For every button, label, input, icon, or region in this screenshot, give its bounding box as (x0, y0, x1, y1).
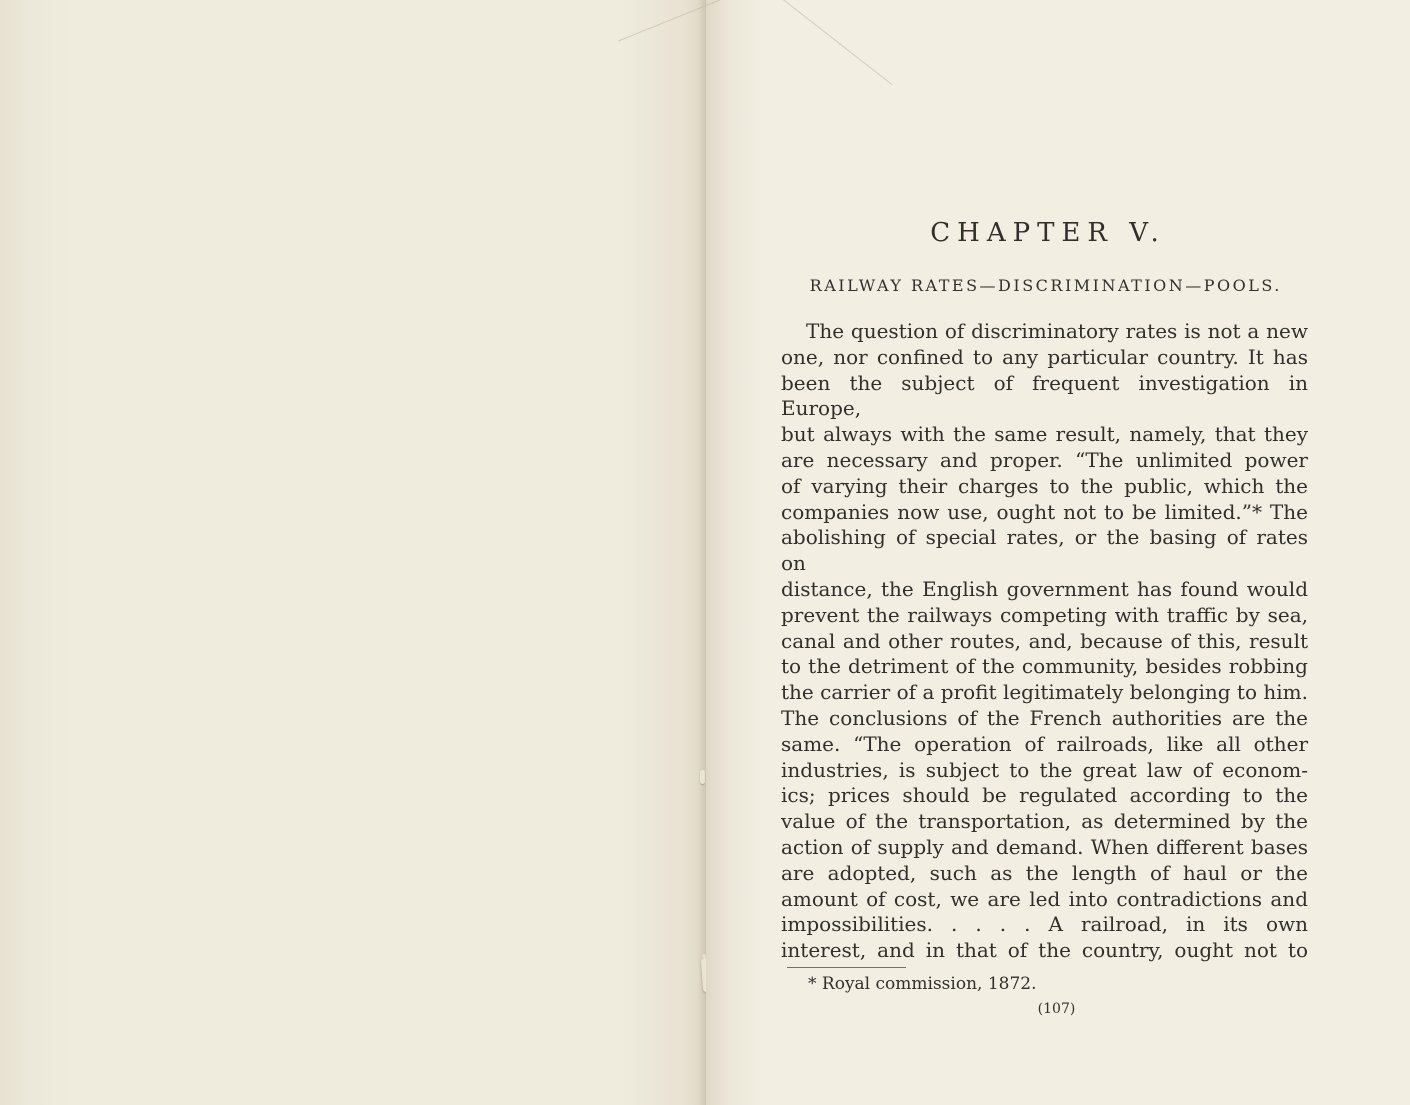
page-number: (107) (793, 1001, 1320, 1017)
text-line: industries, is subject to the great law … (781, 758, 1308, 784)
text-line: but always with the same result, namely,… (781, 422, 1308, 448)
text-line: ics; prices should be regulated accordin… (781, 783, 1308, 809)
text-line: to the detriment of the community, besid… (781, 654, 1308, 680)
text-line: prevent the railways competing with traf… (781, 603, 1308, 629)
text-line: the carrier of a profit legitimately bel… (781, 680, 1308, 706)
text-line: value of the transportation, as determin… (781, 809, 1308, 835)
text-line: action of supply and demand. When differ… (781, 835, 1308, 861)
text-line: The question of discriminatory rates is … (781, 319, 1308, 345)
text-line: of varying their charges to the public, … (781, 474, 1308, 500)
book-scan: CHAPTER V. RAILWAY RATES—DISCRIMINATION—… (0, 0, 1410, 1105)
text-line: impossibilities. . . . . A railroad, in … (781, 912, 1308, 938)
text-line: one, nor confined to any particular coun… (781, 345, 1308, 371)
footnote: * Royal commission, 1872. (781, 974, 1308, 994)
body-text: The question of discriminatory rates is … (781, 319, 1308, 964)
text-line: same. “The operation of railroads, like … (781, 732, 1308, 758)
text-line: are adopted, such as the length of haul … (781, 861, 1308, 887)
text-line: companies now use, ought not to be limit… (781, 500, 1308, 526)
text-line: abolishing of special rates, or the basi… (781, 525, 1308, 577)
text-line: canal and other routes, and, because of … (781, 629, 1308, 655)
chapter-heading: CHAPTER V. (781, 219, 1308, 247)
right-page: CHAPTER V. RAILWAY RATES—DISCRIMINATION—… (706, 0, 1410, 1105)
printed-content: CHAPTER V. RAILWAY RATES—DISCRIMINATION—… (781, 0, 1308, 1017)
text-line: The conclusions of the French authoritie… (781, 706, 1308, 732)
binding-thread-upper (700, 770, 705, 784)
text-line: interest, and in that of the country, ou… (781, 938, 1308, 964)
text-line: been the subject of frequent investigati… (781, 371, 1308, 423)
footnote-rule (787, 967, 906, 968)
chapter-subtitle: RAILWAY RATES—DISCRIMINATION—POOLS. (781, 277, 1308, 295)
text-line: distance, the English government has fou… (781, 577, 1308, 603)
text-line: are necessary and proper. “The unlimited… (781, 448, 1308, 474)
left-page-blank (0, 0, 706, 1105)
text-line: amount of cost, we are led into contradi… (781, 887, 1308, 913)
